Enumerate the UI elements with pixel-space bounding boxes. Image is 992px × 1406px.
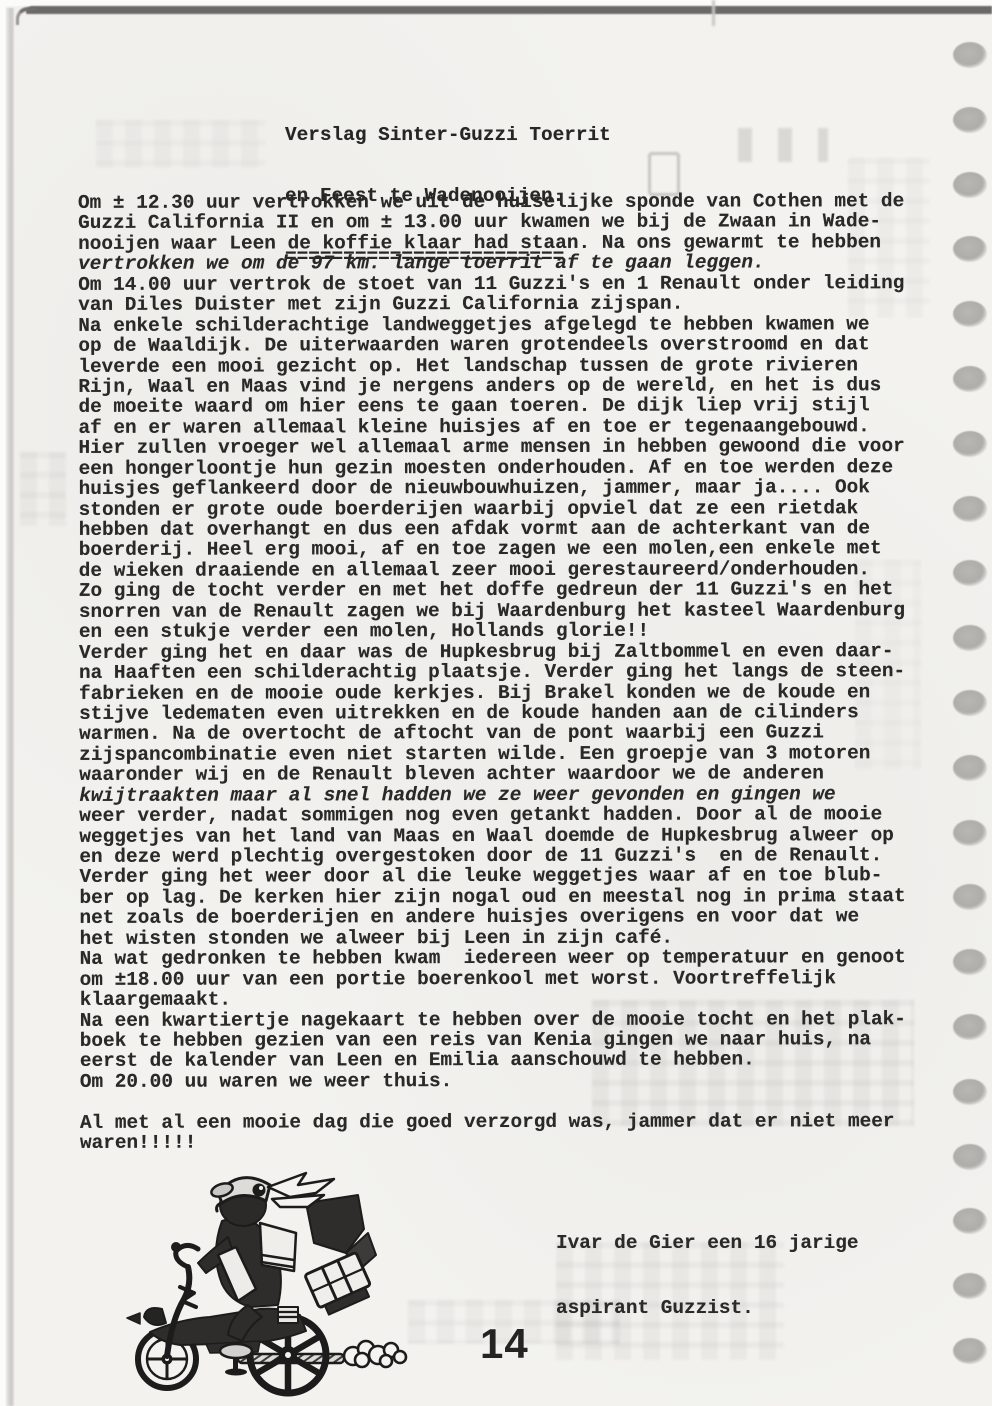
body-line: Na wat gedronken te hebben kwam iedereen… <box>80 947 906 969</box>
body-line: weer verder, nadat sommigen nog even get… <box>79 804 905 826</box>
binder-hole <box>953 366 987 392</box>
body-line <box>80 1090 906 1112</box>
binder-hole <box>953 625 987 651</box>
binder-hole <box>953 42 987 68</box>
body-line: huisjes geflankeerd door de nieuwbouwhui… <box>79 477 905 499</box>
body-line: eerst de kalender van Leen en Emilia aan… <box>80 1050 906 1072</box>
binder-hole <box>953 755 987 781</box>
body-line: Om 20.00 uu waren we weer thuis. <box>80 1070 906 1092</box>
binder-hole <box>953 690 987 716</box>
body-line: vertrokken we om de 97 km. lange toerrit… <box>78 252 904 274</box>
page-number: 14 <box>480 1320 529 1368</box>
binder-hole <box>953 820 987 846</box>
body-line: net zoals de boerderijen en andere huisj… <box>79 906 905 928</box>
binder-hole <box>953 1338 987 1364</box>
body-line: en een stukje verder een molen, Hollands… <box>79 620 905 642</box>
page-corner-edge <box>16 7 37 25</box>
binder-hole <box>953 301 987 327</box>
body-line: om ±18.00 uur van een portie boerenkool … <box>80 968 906 990</box>
binder-hole <box>953 496 987 522</box>
binder-hole <box>953 1079 987 1105</box>
page-top-edge <box>26 6 992 14</box>
article-body: Om ± 12.30 uur vertrokken we uit de huis… <box>78 191 906 1153</box>
binder-hole <box>953 560 987 586</box>
body-line: nooijen waar Leen de koffie klaar had st… <box>78 232 904 254</box>
binder-hole <box>953 949 987 975</box>
body-line: Om 14.00 uur vertrok de stoet van 11 Guz… <box>78 273 904 295</box>
binder-hole <box>953 884 987 910</box>
body-line: Zo ging de tocht verder en met het doffe… <box>79 579 905 601</box>
paper-crease <box>712 0 715 26</box>
binder-hole <box>953 1014 987 1040</box>
binder-hole <box>953 431 987 457</box>
binder-hole <box>953 1273 987 1299</box>
moped-rider-illustration <box>110 1158 430 1406</box>
bleedthrough-ghost <box>20 452 66 526</box>
scanned-newsletter-page: Verslag Sinter-Guzzi Toerrit en Feest te… <box>0 0 992 1406</box>
body-line: de moeite waard om hier eens te gaan toe… <box>78 396 904 418</box>
page-left-edge <box>6 8 14 1406</box>
body-line: snorren van de Renault zagen we bij Waar… <box>79 600 905 622</box>
binder-hole <box>953 1144 987 1170</box>
author-caption: Ivar de Gier een 16 jarige aspirant Guzz… <box>556 1190 859 1362</box>
binder-hole <box>953 1208 987 1234</box>
body-line: Al met al een mooie dag die goed verzorg… <box>80 1111 906 1133</box>
bleedthrough-ghost <box>96 120 266 168</box>
binder-hole <box>953 172 987 198</box>
body-line: waaronder wij en de Renault bleven achte… <box>79 763 905 785</box>
binder-hole <box>953 236 987 262</box>
body-line: op de Waaldijk. De uiterwaarden waren gr… <box>78 334 904 356</box>
body-line: waren!!!!! <box>80 1131 906 1153</box>
title-line: Verslag Sinter-Guzzi Toerrit <box>285 125 611 145</box>
body-line: Hier zullen vroeger wel allemaal arme me… <box>79 436 905 458</box>
body-line: van Diles Duister met zijn Guzzi Califor… <box>78 293 904 315</box>
body-line: na Haaften een schilderachtig plaatsje. … <box>79 661 905 683</box>
caption-line: Ivar de Gier een 16 jarige <box>556 1233 859 1255</box>
body-line: klaargemaakt. <box>80 988 906 1010</box>
bleedthrough-ghost <box>648 152 680 196</box>
body-line: warmen. Na de overtocht de aftocht van d… <box>79 723 905 745</box>
body-line: boek te hebben gezien van een reis van K… <box>80 1029 906 1051</box>
bleedthrough-ghost <box>738 128 828 162</box>
exhaust-smoke <box>344 1341 406 1367</box>
binder-hole <box>953 107 987 133</box>
caption-line: aspirant Guzzist. <box>556 1298 859 1320</box>
